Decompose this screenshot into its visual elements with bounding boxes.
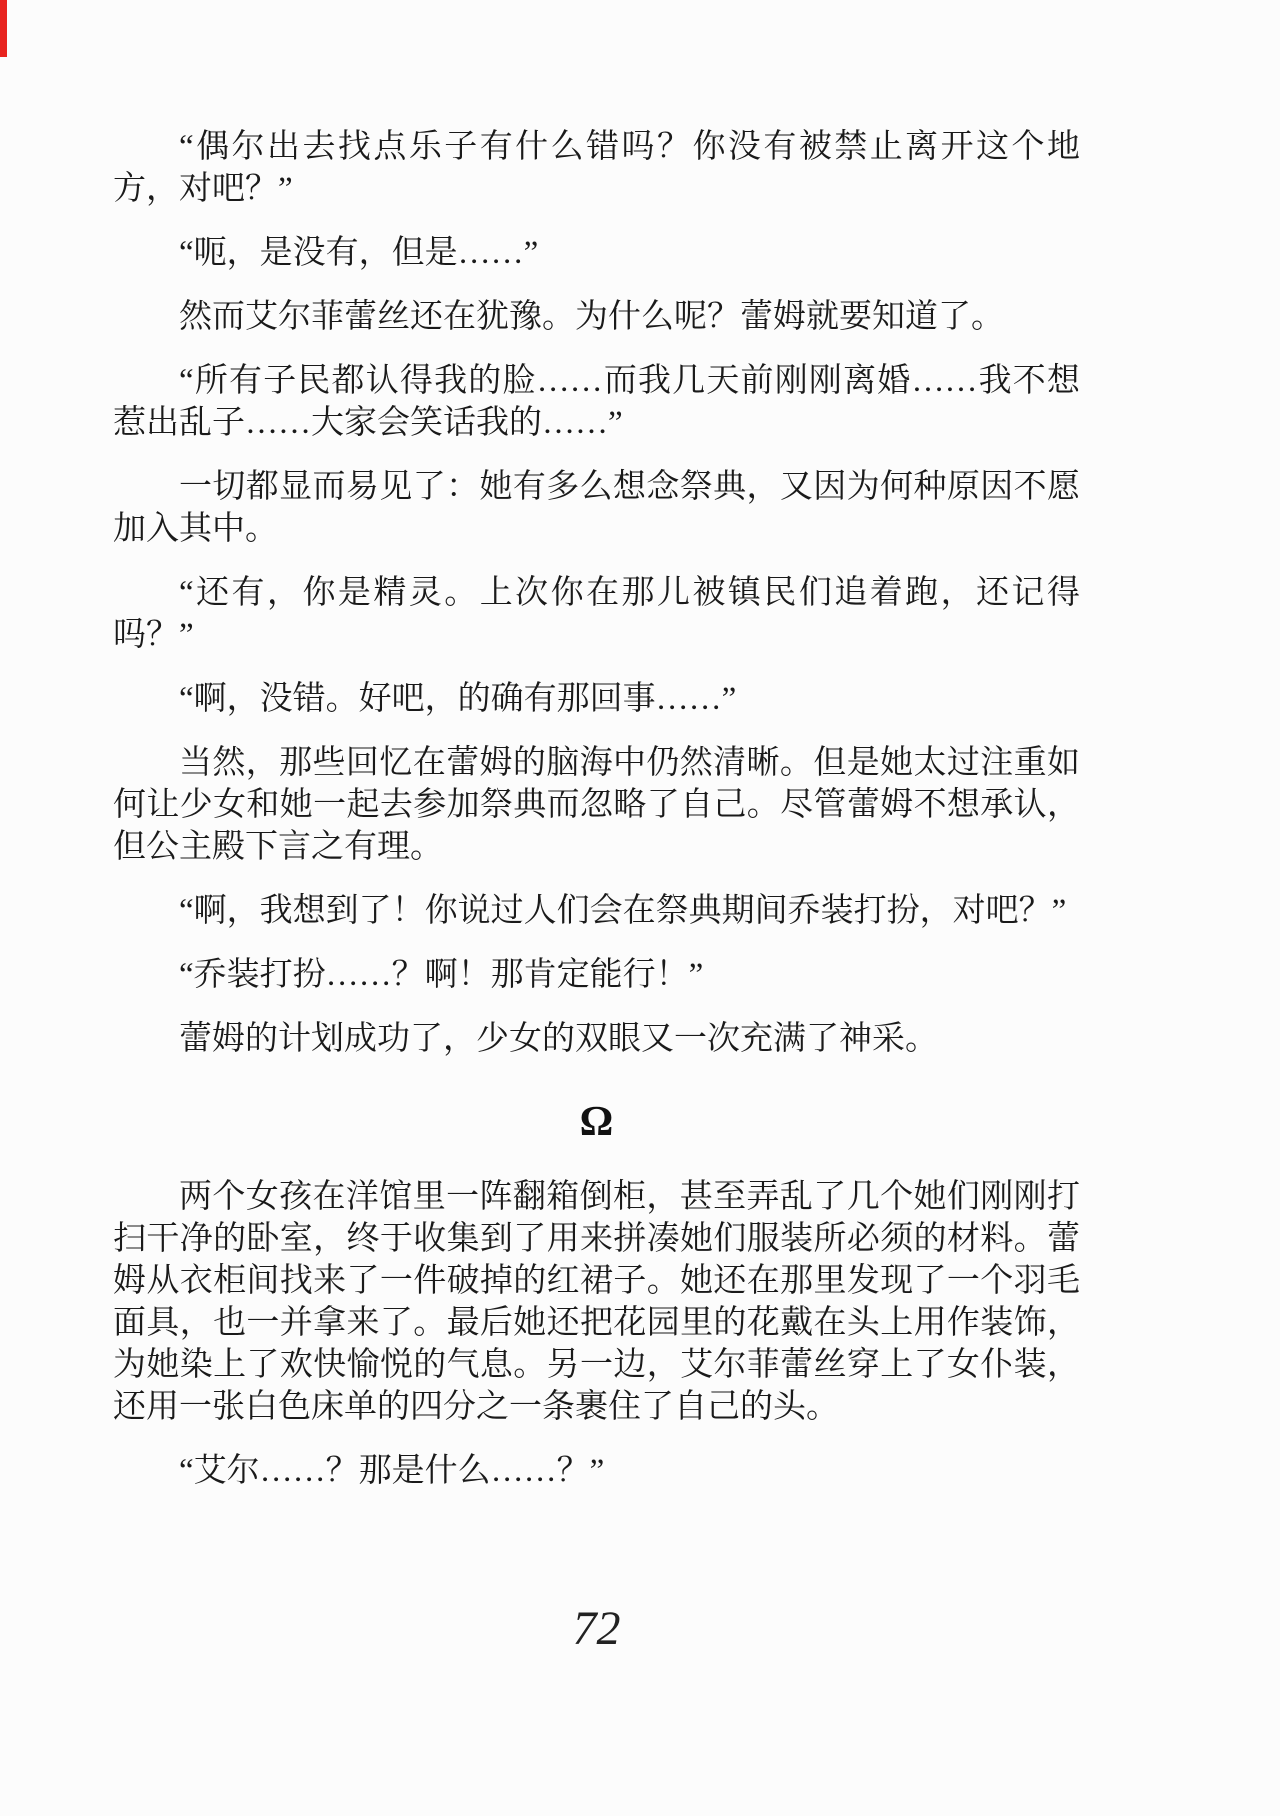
scan-red-mark [0,0,7,57]
body-paragraph: “乔装打扮……？啊！那肯定能行！” [113,954,1080,996]
body-paragraph: “偶尔出去找点乐子有什么错吗？你没有被禁止离开这个地方，对吧？” [113,126,1080,210]
body-paragraph: 一切都显而易见了：她有多么想念祭典，又因为何种原因不愿加入其中。 [113,466,1080,550]
body-paragraph: 然而艾尔菲蕾丝还在犹豫。为什么呢？蕾姆就要知道了。 [113,296,1080,338]
section-divider-omega: Ω [113,1098,1080,1146]
body-paragraph: 当然，那些回忆在蕾姆的脑海中仍然清晰。但是她太过注重如何让少女和她一起去参加祭典… [113,742,1080,868]
body-paragraph: “还有，你是精灵。上次你在那儿被镇民们追着跑，还记得吗？” [113,572,1080,656]
body-paragraph: 两个女孩在洋馆里一阵翻箱倒柜，甚至弄乱了几个她们刚刚打扫干净的卧室，终于收集到了… [113,1176,1080,1428]
page-text-block: “偶尔出去找点乐子有什么错吗？你没有被禁止离开这个地方，对吧？” “呃，是没有，… [113,126,1080,1514]
body-paragraph: 蕾姆的计划成功了，少女的双眼又一次充满了神采。 [113,1018,1080,1060]
page-number: 72 [113,1603,1080,1655]
body-paragraph: “艾尔……？那是什么……？” [113,1450,1080,1492]
body-paragraph: “啊，没错。好吧，的确有那回事……” [113,678,1080,720]
body-paragraph: “所有子民都认得我的脸……而我几天前刚刚离婚……我不想惹出乱子……大家会笑话我的… [113,360,1080,444]
body-paragraph: “呃，是没有，但是……” [113,232,1080,274]
body-paragraph: “啊，我想到了！你说过人们会在祭典期间乔装打扮，对吧？” [113,890,1080,932]
